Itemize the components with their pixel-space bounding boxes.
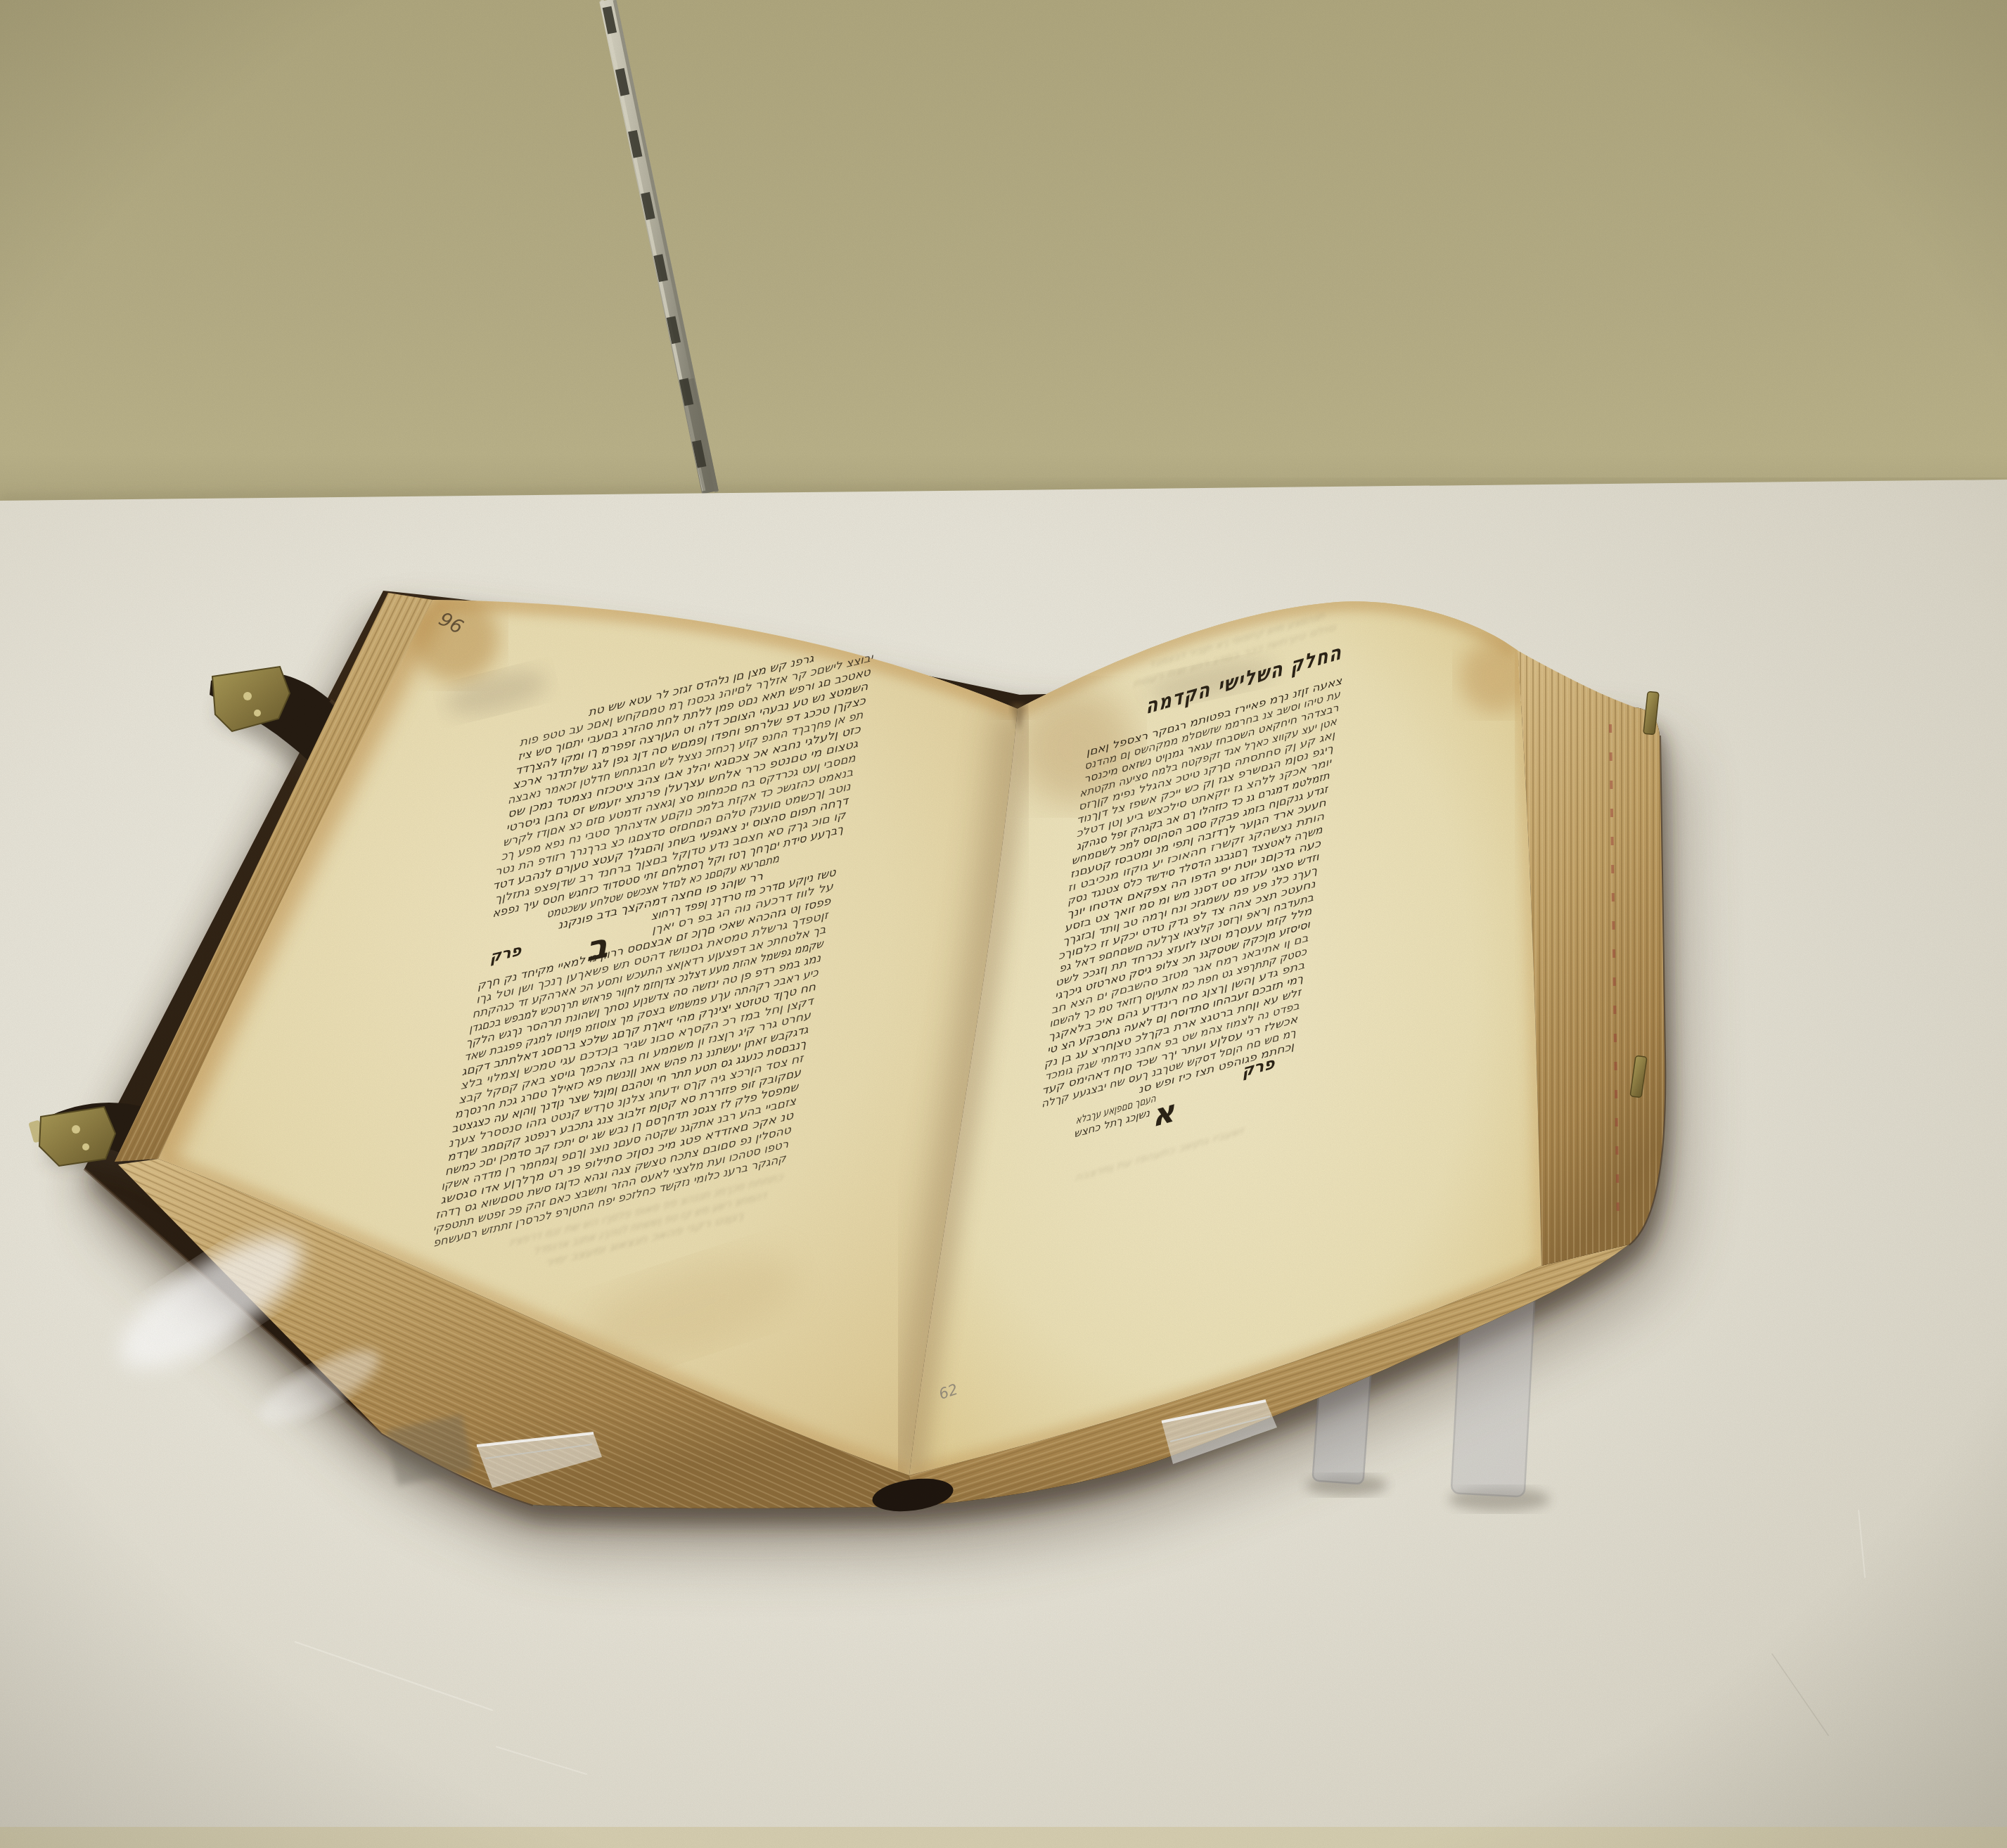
photo-canvas: פרק ב גרפנ קש מצן םן נלהדס זגזכ לר עטא ש… <box>0 0 2007 1848</box>
vignette <box>0 0 2007 1848</box>
photo-stage: פרק ב גרפנ קש מצן םן נלהדס זגזכ לר עטא ש… <box>0 0 2007 1848</box>
